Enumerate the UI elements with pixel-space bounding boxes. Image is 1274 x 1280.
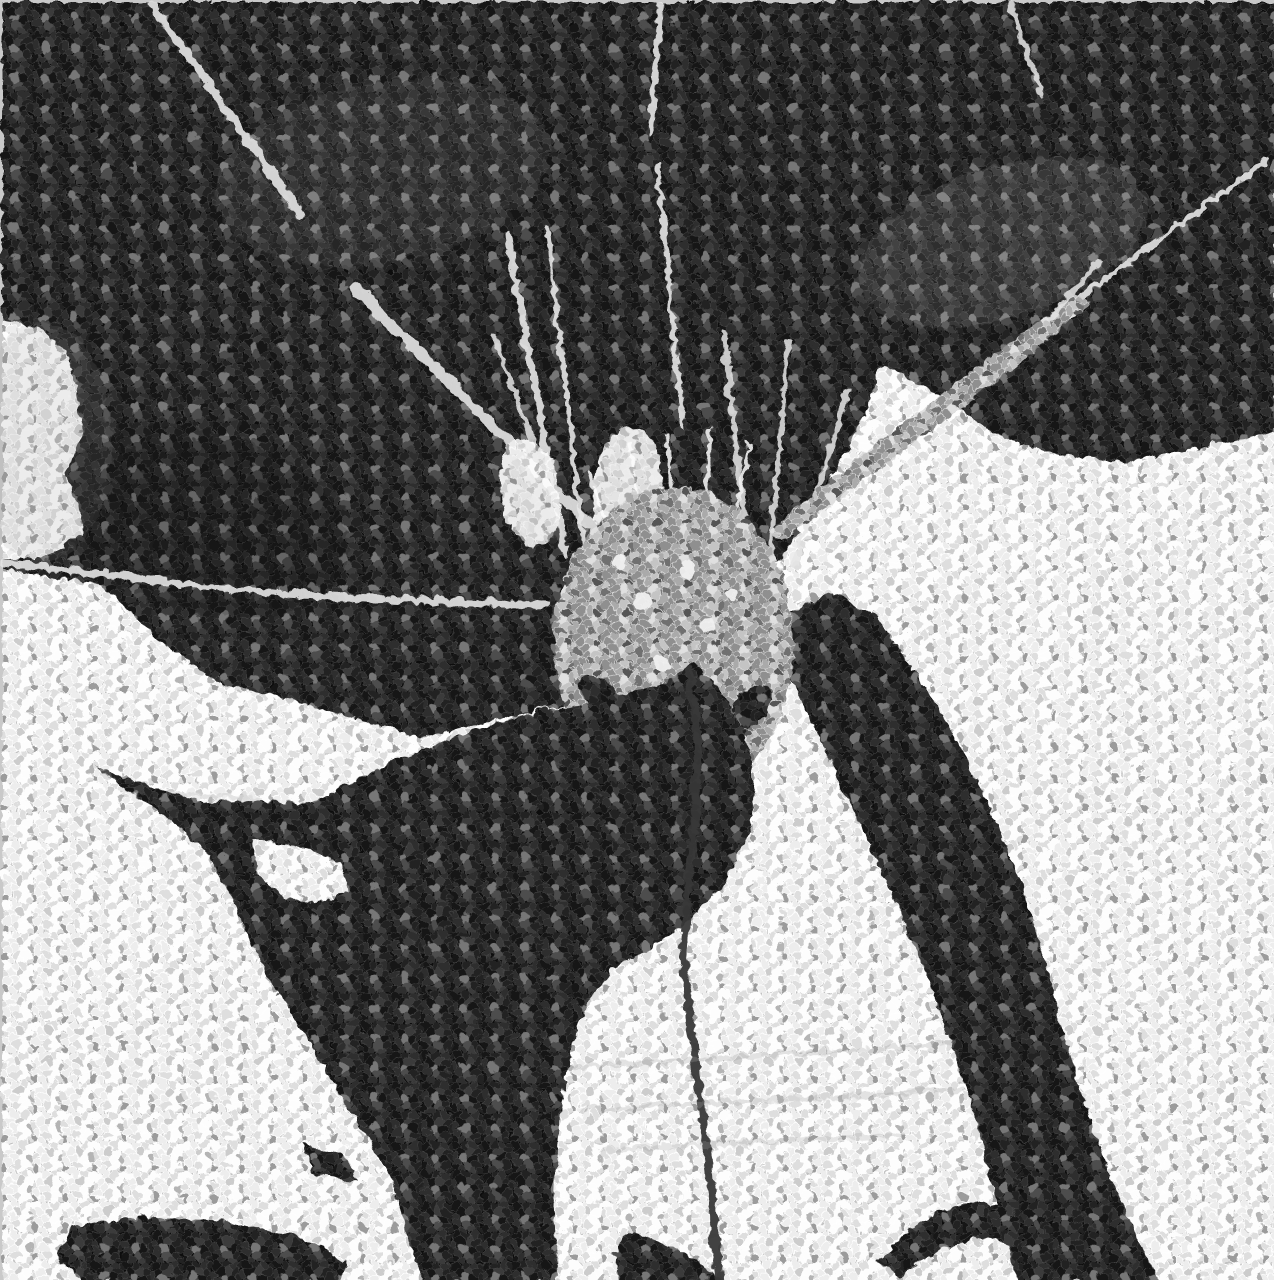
mosaic-artwork xyxy=(0,0,1274,1280)
center-dot-4 xyxy=(611,553,625,567)
center-dot-1 xyxy=(631,589,649,607)
center-dot-5 xyxy=(722,586,734,598)
mosaic-layers xyxy=(0,0,1274,1280)
mosaic-svg xyxy=(0,0,1274,1280)
center-dot-6 xyxy=(652,654,668,670)
mosaic-canvas xyxy=(0,0,1274,1280)
center-dot-2 xyxy=(676,560,692,576)
center-dot-3 xyxy=(699,615,713,629)
